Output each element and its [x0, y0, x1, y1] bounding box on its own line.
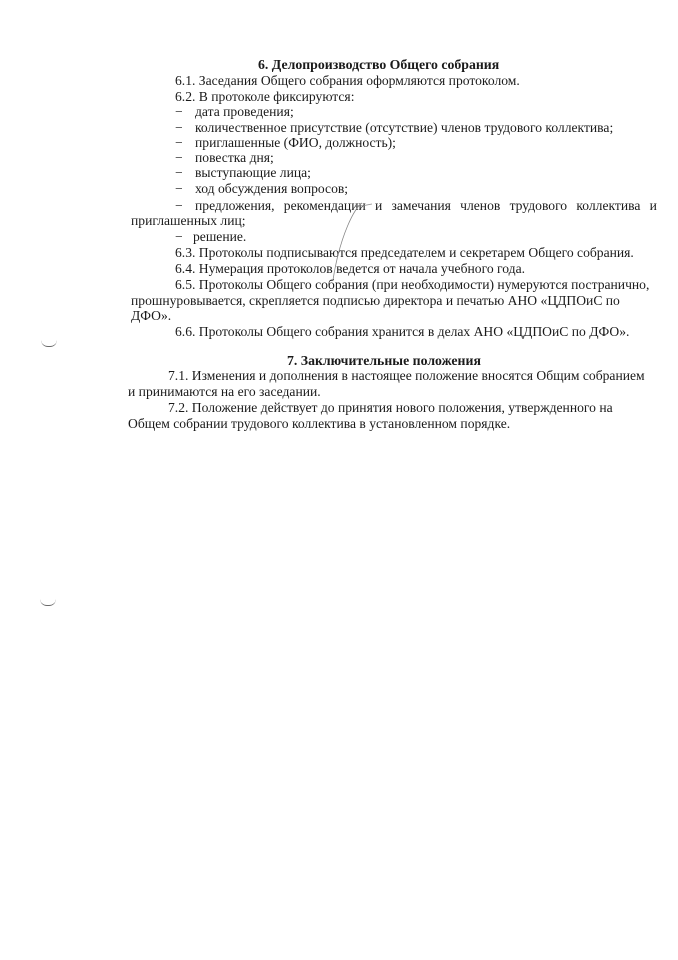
paragraph-6-5-line-3: ДФО».	[131, 308, 171, 323]
section-7-heading: 7. Заключительные положения	[287, 353, 481, 368]
word: трудового	[510, 198, 568, 213]
paragraph-6-5-line-2: прошнуровывается, скрепляется подписью д…	[131, 293, 620, 308]
document-page: 6. Делопроизводство Общего собрания 6.1.…	[0, 0, 678, 960]
word: членов	[460, 198, 500, 213]
list-dash: −	[175, 181, 183, 196]
paragraph-6-3: 6.3. Протоколы подписываются председател…	[175, 245, 634, 260]
word: и	[650, 198, 657, 213]
list-item: приглашенные (ФИО, должность);	[195, 135, 396, 150]
pen-stroke-mark	[300, 195, 380, 285]
paragraph-7-1-line-2: и принимаются на его заседании.	[128, 384, 321, 399]
list-dash: −	[175, 165, 183, 180]
binding-hole-mark-icon	[41, 340, 57, 347]
list-item-continuation: приглашенных лиц;	[131, 213, 246, 228]
word: предложения,	[195, 198, 275, 213]
paragraph-7-2-line-1: 7.2. Положение действует до принятия нов…	[168, 400, 613, 415]
list-item: выступающие лица;	[195, 165, 311, 180]
list-item: дата проведения;	[195, 104, 294, 119]
paragraph-6-6: 6.6. Протоколы Общего собрания хранится …	[175, 324, 629, 339]
list-item: количественное присутствие (отсутствие) …	[195, 120, 613, 135]
list-dash: −	[175, 120, 183, 135]
word: коллектива	[576, 198, 640, 213]
paragraph-6-2: 6.2. В протоколе фиксируются:	[175, 89, 354, 104]
binding-hole-mark-icon	[40, 599, 56, 606]
list-dash: −	[175, 229, 183, 244]
list-dash: −	[175, 135, 183, 150]
list-item-justified: предложения, рекомендации и замечания чл…	[195, 198, 657, 213]
paragraph-7-1-line-1: 7.1. Изменения и дополнения в настоящее …	[168, 368, 645, 383]
word: замечания	[392, 198, 451, 213]
list-item: повестка дня;	[195, 150, 274, 165]
list-item: решение.	[193, 229, 246, 244]
paragraph-6-1: 6.1. Заседания Общего собрания оформляют…	[175, 73, 520, 88]
list-dash: −	[175, 150, 183, 165]
list-dash: −	[175, 198, 183, 213]
list-dash: −	[175, 104, 183, 119]
paragraph-7-2-line-2: Общем собрании трудового коллектива в ус…	[128, 416, 510, 431]
section-6-heading: 6. Делопроизводство Общего собрания	[258, 57, 499, 72]
paragraph-6-5-line-1: 6.5. Протоколы Общего собрания (при необ…	[175, 277, 649, 292]
